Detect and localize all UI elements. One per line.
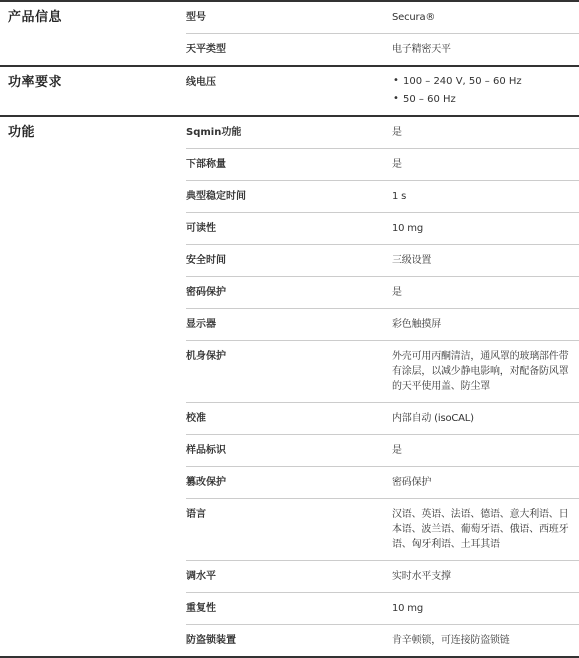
spec-row: 安全时间三级设置 [186, 244, 579, 276]
spec-value: 10 mg [392, 221, 579, 236]
list-item: •100 – 240 V, 50 – 60 Hz [392, 75, 575, 89]
list-item-text: 50 – 60 Hz [403, 94, 456, 105]
section-power-requirements: 功率要求线电压•100 – 240 V, 50 – 60 Hz•50 – 60 … [0, 65, 579, 115]
section-features: 功能Sqmin功能是下部称量是典型稳定时间1 s可读性10 mg安全时间三级设置… [0, 115, 579, 656]
spec-row: 样品标识是 [186, 434, 579, 466]
category-label-power-requirements: 功率要求 [0, 67, 186, 115]
category-label-features: 功能 [0, 117, 186, 656]
spec-label: 调水平 [186, 569, 392, 584]
spec-value: 是 [392, 285, 579, 300]
spec-value: Secura® [392, 10, 579, 25]
spec-label: 样品标识 [186, 443, 392, 458]
spec-value: 彩色触摸屏 [392, 317, 579, 332]
spec-row: 调水平实时水平支撑 [186, 560, 579, 592]
section-product-info: 产品信息型号Secura®天平类型电子精密天平 [0, 0, 579, 65]
spec-label: 机身保护 [186, 349, 392, 394]
spec-row: 型号Secura® [186, 2, 579, 33]
section-rows: 型号Secura®天平类型电子精密天平 [186, 2, 579, 65]
spec-row: 语言汉语、英语、法语、德语、意大利语、日本语、波兰语、葡萄牙语、俄语、西班牙语、… [186, 498, 579, 560]
spec-value: 外壳可用丙酮清洁，通风罩的玻璃部件带有涂层，以减少静电影响，对配备防风罩的天平使… [392, 349, 579, 394]
spec-value: 是 [392, 125, 579, 140]
category-label-product-info: 产品信息 [0, 2, 186, 65]
spec-value: 密码保护 [392, 475, 579, 490]
spec-value: 肯辛顿锁，可连接防盗锁链 [392, 633, 579, 648]
list-item: •50 – 60 Hz [392, 93, 575, 107]
spec-value: •100 – 240 V, 50 – 60 Hz•50 – 60 Hz [392, 75, 579, 107]
spec-label: 可读性 [186, 221, 392, 236]
spec-value: 是 [392, 443, 579, 458]
spec-value: 1 s [392, 189, 579, 204]
spec-value-list: •100 – 240 V, 50 – 60 Hz•50 – 60 Hz [392, 75, 575, 107]
spec-row: 显示器彩色触摸屏 [186, 308, 579, 340]
spec-row: 防盗锁装置肯辛顿锁，可连接防盗锁链 [186, 624, 579, 656]
spec-label: 线电压 [186, 75, 392, 107]
spec-row: 篡改保护密码保护 [186, 466, 579, 498]
spec-value: 内部自动 (isoCAL) [392, 411, 579, 426]
spec-label: 型号 [186, 10, 392, 25]
spec-label: 篡改保护 [186, 475, 392, 490]
spec-label: 安全时间 [186, 253, 392, 268]
spec-label: 密码保护 [186, 285, 392, 300]
section-rows: Sqmin功能是下部称量是典型稳定时间1 s可读性10 mg安全时间三级设置密码… [186, 117, 579, 656]
bullet-icon: • [393, 74, 399, 88]
section-rows: 线电压•100 – 240 V, 50 – 60 Hz•50 – 60 Hz [186, 67, 579, 115]
bullet-icon: • [393, 92, 399, 106]
spec-row: 密码保护是 [186, 276, 579, 308]
spec-value: 实时水平支撑 [392, 569, 579, 584]
spec-label: 防盗锁装置 [186, 633, 392, 648]
spec-row: 天平类型电子精密天平 [186, 33, 579, 65]
spec-label: 天平类型 [186, 42, 392, 57]
spec-row: 重复性10 mg [186, 592, 579, 624]
spec-value: 电子精密天平 [392, 42, 579, 57]
spec-value: 10 mg [392, 601, 579, 616]
spec-label: 显示器 [186, 317, 392, 332]
page: 产品信息型号Secura®天平类型电子精密天平功率要求线电压•100 – 240… [0, 0, 579, 658]
spec-label: 重复性 [186, 601, 392, 616]
spec-row: 可读性10 mg [186, 212, 579, 244]
spec-label: Sqmin功能 [186, 125, 392, 140]
spec-row: 典型稳定时间1 s [186, 180, 579, 212]
spec-row: Sqmin功能是 [186, 117, 579, 148]
product-spec-table: 产品信息型号Secura®天平类型电子精密天平功率要求线电压•100 – 240… [0, 0, 579, 658]
spec-label: 典型稳定时间 [186, 189, 392, 204]
spec-value: 汉语、英语、法语、德语、意大利语、日本语、波兰语、葡萄牙语、俄语、西班牙语、匈牙… [392, 507, 579, 552]
spec-value: 三级设置 [392, 253, 579, 268]
spec-row: 线电压•100 – 240 V, 50 – 60 Hz•50 – 60 Hz [186, 67, 579, 115]
spec-label: 下部称量 [186, 157, 392, 172]
spec-value: 是 [392, 157, 579, 172]
spec-row: 校准内部自动 (isoCAL) [186, 402, 579, 434]
spec-label: 校准 [186, 411, 392, 426]
spec-row: 下部称量是 [186, 148, 579, 180]
spec-row: 机身保护外壳可用丙酮清洁，通风罩的玻璃部件带有涂层，以减少静电影响，对配备防风罩… [186, 340, 579, 402]
list-item-text: 100 – 240 V, 50 – 60 Hz [403, 76, 522, 87]
spec-label: 语言 [186, 507, 392, 552]
